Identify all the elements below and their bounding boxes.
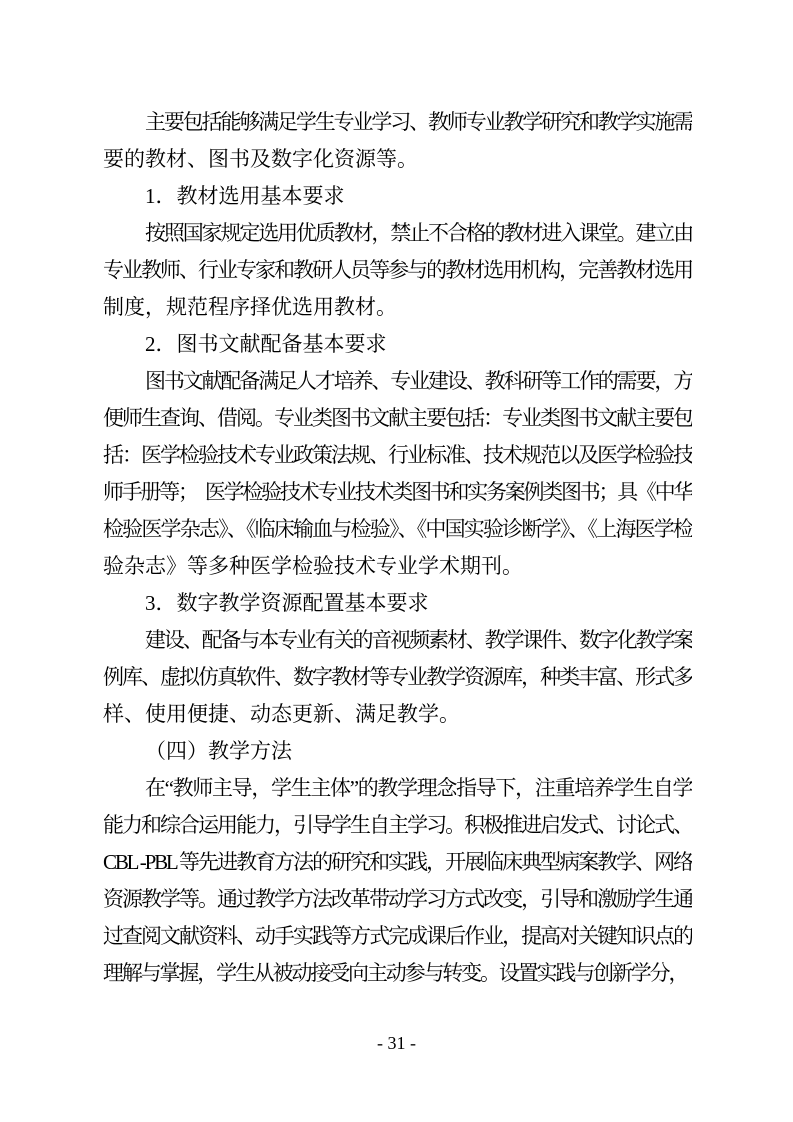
page-footer: - 31 -: [0, 1031, 793, 1055]
text-line: CBL -PBL 等先进教育方法的研究和实践，开展临床典型病案教学、网络: [103, 844, 692, 881]
text-line: 建设、配备与本专业有关的音视频素材、教学课件、数字化教学案: [103, 622, 692, 659]
section-heading: 3．数字教学资源配置基本要求: [103, 585, 692, 622]
text-line: 检验医学杂志》、《临床输血与检验》、《中国实验诊断学》、《上海医学检: [103, 511, 692, 548]
body-paragraph: 在“教师主导，学生主体”的教学理念指导下，注重培养学生自学能力和综合运用能力，引…: [103, 770, 692, 992]
text-line: 例库、虚拟仿真软件、数字教材等专业教学资源库，种类丰富、形式多: [103, 659, 692, 696]
body-paragraph: 图书文献配备满足人才培养、专业建设、教科研等工作的需要，方便师生查询、借阅。专业…: [103, 363, 692, 585]
text-line: 1．教材选用基本要求: [103, 178, 692, 215]
document-page: 主要包括能够满足学生专业学习、教师专业教学研究和教学实施需要的教材、图书及数字化…: [0, 0, 793, 1122]
text-line: 资源教学等。通过教学方法改革带动学习方式改变，引导和激励学生通: [103, 881, 692, 918]
section-heading: 1．教材选用基本要求: [103, 178, 692, 215]
text-line: 师手册等； 医学检验技术专业技术类图书和实务案例类图书；具《中华: [103, 474, 692, 511]
body-paragraph: 建设、配备与本专业有关的音视频素材、教学课件、数字化教学案例库、虚拟仿真软件、数…: [103, 622, 692, 733]
text-line: 制度，规范程序择优选用教材。: [103, 289, 692, 326]
text-line: 过查阅文献资料、动手实践等方式完成课后作业，提高对关键知识点的: [103, 918, 692, 955]
text-line: 理解与掌握，学生从被动接受向主动参与转变。设置实践与创新学分，: [103, 955, 692, 992]
text-line: 主要包括能够满足学生专业学习、教师专业教学研究和教学实施需: [103, 104, 692, 141]
text-line: 便师生查询、借阅。专业类图书文献主要包括：专业类图书文献主要包: [103, 400, 692, 437]
text-line: 图书文献配备满足人才培养、专业建设、教科研等工作的需要，方: [103, 363, 692, 400]
page-number: - 31 -: [377, 1033, 416, 1053]
section-heading: （四）教学方法: [103, 733, 692, 770]
text-line: （四）教学方法: [103, 733, 692, 770]
text-line: 要的教材、图书及数字化资源等。: [103, 141, 692, 178]
text-line: 2．图书文献配备基本要求: [103, 326, 692, 363]
text-line: 按照国家规定选用优质教材，禁止不合格的教材进入课堂。建立由: [103, 215, 692, 252]
document-body: 主要包括能够满足学生专业学习、教师专业教学研究和教学实施需要的教材、图书及数字化…: [103, 104, 692, 992]
text-line: 专业教师、行业专家和教研人员等参与的教材选用机构，完善教材选用: [103, 252, 692, 289]
text-line: 括：医学检验技术专业政策法规、行业标准、技术规范以及医学检验技: [103, 437, 692, 474]
text-line: 在“教师主导，学生主体”的教学理念指导下，注重培养学生自学: [103, 770, 692, 807]
body-paragraph: 按照国家规定选用优质教材，禁止不合格的教材进入课堂。建立由专业教师、行业专家和教…: [103, 215, 692, 326]
text-line: 样、使用便捷、动态更新、满足教学。: [103, 696, 692, 733]
text-line: 3．数字教学资源配置基本要求: [103, 585, 692, 622]
text-line: 验杂志》等多种医学检验技术专业学术期刊。: [103, 548, 692, 585]
section-heading: 2．图书文献配备基本要求: [103, 326, 692, 363]
text-line: 能力和综合运用能力，引导学生自主学习。积极推进启发式、讨论式、: [103, 807, 692, 844]
body-paragraph: 主要包括能够满足学生专业学习、教师专业教学研究和教学实施需要的教材、图书及数字化…: [103, 104, 692, 178]
